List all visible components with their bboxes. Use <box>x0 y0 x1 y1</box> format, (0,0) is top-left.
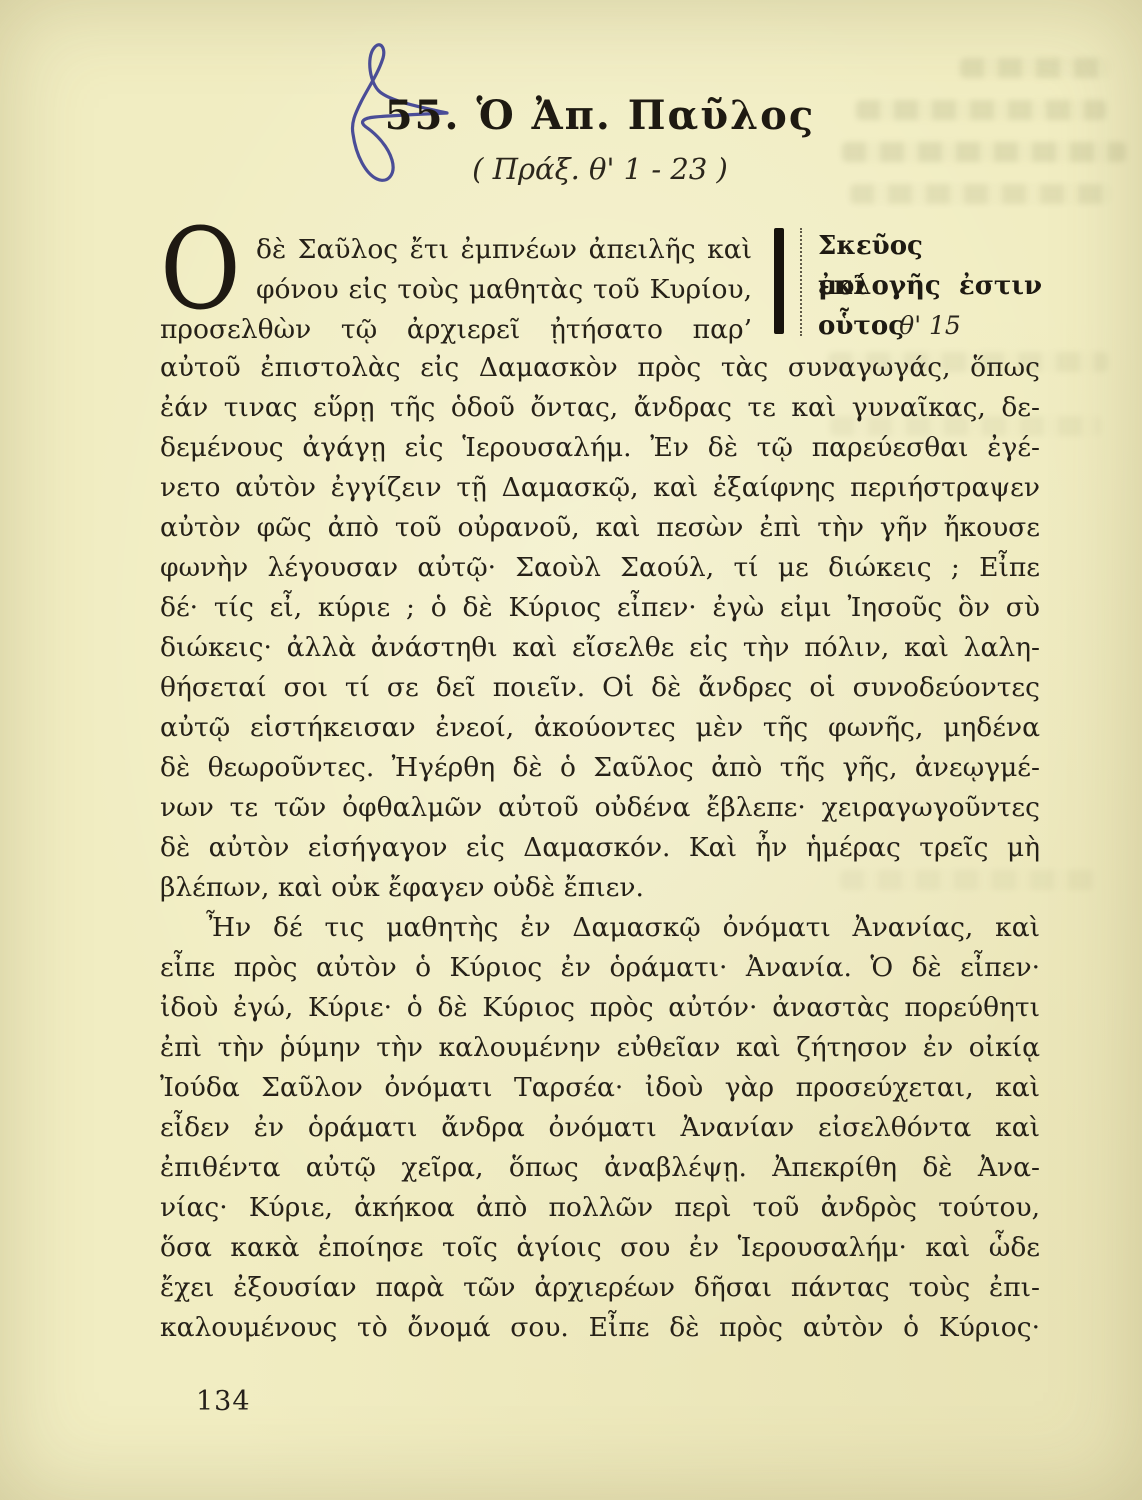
text-line: φωνὴν λέγουσαν αὐτῷ· Σαοὺλ Σαούλ, τί με … <box>160 548 1040 588</box>
text-line: θήσεταί σοι τί σε δεῖ ποιεῖν. Οἱ δὲ ἄνδρ… <box>160 668 1040 708</box>
sidenote-line: Σκεῦος ἐκλογῆς <box>818 226 1042 266</box>
text-line: ἐπιθέντα αὐτῷ χεῖρα, ὅπως ἀναβλέψῃ. Ἀπεκ… <box>160 1148 1040 1188</box>
page-number: 134 <box>196 1386 251 1417</box>
lesson-title: 55. Ὁ Ἀπ. Παῦλος <box>160 92 1040 139</box>
text-line: αὐτὸν φῶς ἀπὸ τοῦ οὐρανοῦ, καὶ πεσὼν ἐπὶ… <box>160 508 1040 548</box>
sidenote-line: μοί ἐστιν οὗτος <box>818 266 1042 306</box>
scanned-book-page: 55. Ὁ Ἀπ. Παῦλος ( Πράξ. θ' 1 - 23 ) Ο δ… <box>0 0 1142 1500</box>
opening-paragraph: Ο δὲ Σαῦλος ἔτι ἐμπνέων ἀπειλῆς καὶ φόνο… <box>160 230 752 350</box>
text-line: δὲ αὐτὸν εἰσήγαγον εἰς Δαμασκόν. Καὶ ἦν … <box>160 828 1040 868</box>
text-line: προσελθὼν τῷ ἀρχιερεῖ ᾐτήσατο παρ’ <box>160 310 752 350</box>
sidenote-divider-rule <box>800 228 802 336</box>
marginal-verse-note: Σκεῦος ἐκλογῆς μοί ἐστιν οὗτος θ' 15 <box>818 226 1042 340</box>
text-line: αὐτῷ εἱστήκεισαν ἐνεοί, ἀκούοντες μὲν τῆ… <box>160 708 1040 748</box>
scripture-reference-subtitle: ( Πράξ. θ' 1 - 23 ) <box>160 152 1040 186</box>
text-line: βλέπων, καὶ οὐκ ἔφαγεν οὐδὲ ἔπιεν. <box>160 868 1040 908</box>
text-line: δὲ θεωροῦντες. Ἠγέρθη δὲ ὁ Σαῦλος ἀπὸ τῆ… <box>160 748 1040 788</box>
show-through-ghost <box>960 58 1110 78</box>
text-line: εἶδεν ἐν ὁράματι ἄνδρα ὀνόματι Ἀνανίαν ε… <box>160 1108 1040 1148</box>
text-line: εἶπε πρὸς αὐτὸν ὁ Κύριος ἐν ὁράματι· Ἀνα… <box>160 948 1040 988</box>
text-line: αὐτοῦ ἐπιστολὰς εἰς Δαμασκὸν πρὸς τὰς συ… <box>160 348 1040 388</box>
text-line: νίας· Κύριε, ἀκήκοα ἀπὸ πολλῶν περὶ τοῦ … <box>160 1188 1040 1228</box>
text-line: δὲ Σαῦλος ἔτι ἐμπνέων ἀπειλῆς καὶ <box>160 230 752 270</box>
opening-paragraph-row: Ο δὲ Σαῦλος ἔτι ἐμπνέων ἀπειλῆς καὶ φόνο… <box>160 230 1040 348</box>
text-line: Ἦν δέ τις μαθητὴς ἐν Δαμασκῷ ὀνόματι Ἀνα… <box>160 908 1040 948</box>
text-line: ἐάν τινας εὕρῃ τῆς ὁδοῦ ὄντας, ἄνδρας τε… <box>160 388 1040 428</box>
text-line: διώκεις· ἀλλὰ ἀνάστηθι καὶ εἴσελθε εἰς τ… <box>160 628 1040 668</box>
text-line: Ἰούδα Σαῦλον ὀνόματι Ταρσέα· ἰδοὺ γὰρ πρ… <box>160 1068 1040 1108</box>
text-line: ἐπὶ τὴν ῥύμην τὴν καλουμένην εὐθεῖαν καὶ… <box>160 1028 1040 1068</box>
drop-cap: Ο <box>160 222 241 318</box>
text-line: ἔχει ἐξουσίαν παρὰ τῶν ἀρχιερέων δῆσαι π… <box>160 1268 1040 1308</box>
text-line: νων τε τῶν ὀφθαλμῶν αὐτοῦ οὐδένα ἔβλεπε·… <box>160 788 1040 828</box>
text-line: φόνου εἰς τοὺς μαθητὰς τοῦ Κυρίου, <box>160 270 752 310</box>
text-line: καλουμένους τὸ ὄνομά σου. Εἶπε δὲ πρὸς α… <box>160 1308 1040 1348</box>
text-line: ὅσα κακὰ ἐποίησε τοῖς ἁγίοις σου ἐν Ἱερο… <box>160 1228 1040 1268</box>
show-through-ghost <box>850 184 1112 204</box>
body-text: αὐτοῦ ἐπιστολὰς εἰς Δαμασκὸν πρὸς τὰς συ… <box>160 348 1040 1348</box>
text-line: δέ· τίς εἶ, κύριε ; ὁ δὲ Κύριος εἶπεν· ἐ… <box>160 588 1040 628</box>
text-line: ἰδοὺ ἐγώ, Κύριε· ὁ δὲ Κύριος πρὸς αὐτόν·… <box>160 988 1040 1028</box>
sidenote-divider-bar <box>774 228 784 334</box>
text-line: νετο αὐτὸν ἐγγίζειν τῇ Δαμασκῷ, καὶ ἐξαί… <box>160 468 1040 508</box>
text-line: δεμένους ἀγάγῃ εἰς Ἱερουσαλήμ. Ἐν δὲ τῷ … <box>160 428 1040 468</box>
